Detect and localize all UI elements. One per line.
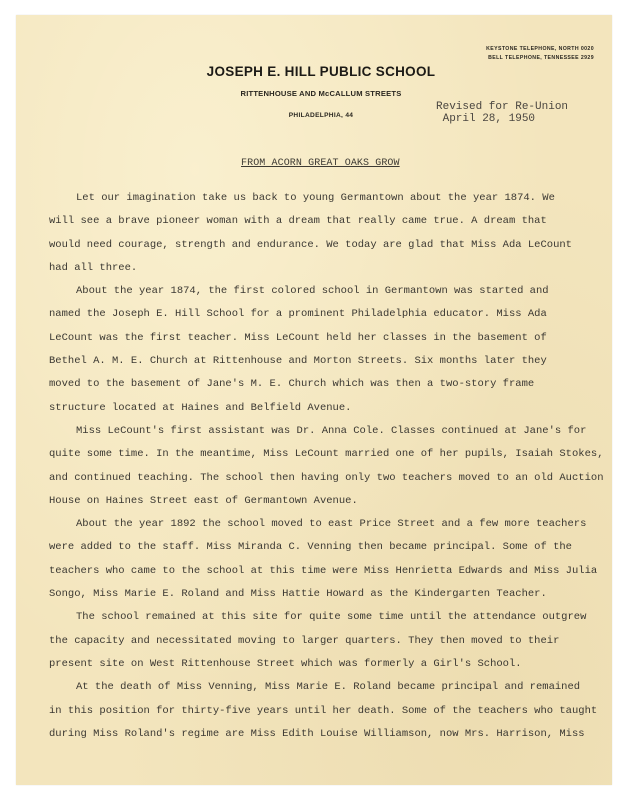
document-body: Let our imagination take us back to youn…	[49, 187, 609, 746]
text-line: House on Haines Street east of Germantow…	[49, 490, 609, 513]
text-line: will see a brave pioneer woman with a dr…	[49, 210, 609, 233]
text-line: Let our imagination take us back to youn…	[49, 187, 609, 210]
text-line: moved to the basement of Jane's M. E. Ch…	[49, 373, 609, 396]
keystone-telephone: Keystone Telephone, North 0020	[486, 45, 594, 54]
text-line: LeCount was the first teacher. Miss LeCo…	[49, 327, 609, 350]
telephone-block: Keystone Telephone, North 0020 Bell Tele…	[486, 45, 594, 63]
bell-telephone: Bell Telephone, Tennessee 2929	[486, 54, 594, 63]
typed-letter-page: JOSEPH E. HILL PUBLIC SCHOOL RITTENHOUSE…	[16, 15, 612, 785]
text-line: teachers who came to the school at this …	[49, 560, 609, 583]
text-line: during Miss Roland's regime are Miss Edi…	[49, 723, 609, 746]
text-line: Miss LeCount's first assistant was Dr. A…	[49, 420, 609, 443]
text-line: the capacity and necessitated moving to …	[49, 630, 609, 653]
school-address-city: PHILADELPHIA, 44	[206, 112, 436, 119]
text-line: Songo, Miss Marie E. Roland and Miss Hat…	[49, 583, 609, 606]
revision-label: Revised for Re-Union	[436, 101, 568, 113]
text-line: structure located at Haines and Belfield…	[49, 397, 609, 420]
text-line: in this position for thirty-five years u…	[49, 700, 609, 723]
text-line: named the Joseph E. Hill School for a pr…	[49, 303, 609, 326]
text-line: About the year 1892 the school moved to …	[49, 513, 609, 536]
text-line: quite some time. In the meantime, Miss L…	[49, 443, 609, 466]
school-address-streets: RITTENHOUSE AND McCALLUM STREETS	[206, 89, 436, 98]
revision-date: April 28, 1950	[436, 113, 568, 125]
text-line: and continued teaching. The school then …	[49, 467, 609, 490]
text-line: The school remained at this site for qui…	[49, 606, 609, 629]
text-line: About the year 1874, the first colored s…	[49, 280, 609, 303]
text-line: had all three.	[49, 257, 609, 280]
text-line: present site on West Rittenhouse Street …	[49, 653, 609, 676]
school-name: JOSEPH E. HILL PUBLIC SCHOOL	[206, 64, 436, 79]
text-line: were added to the staff. Miss Miranda C.…	[49, 536, 609, 559]
text-line: would need courage, strength and enduran…	[49, 234, 609, 257]
text-line: Bethel A. M. E. Church at Rittenhouse an…	[49, 350, 609, 373]
revision-note: Revised for Re-Union April 28, 1950	[436, 101, 568, 125]
text-line: At the death of Miss Venning, Miss Marie…	[49, 676, 609, 699]
document-title: FROM ACORN GREAT OAKS GROW	[241, 158, 400, 169]
